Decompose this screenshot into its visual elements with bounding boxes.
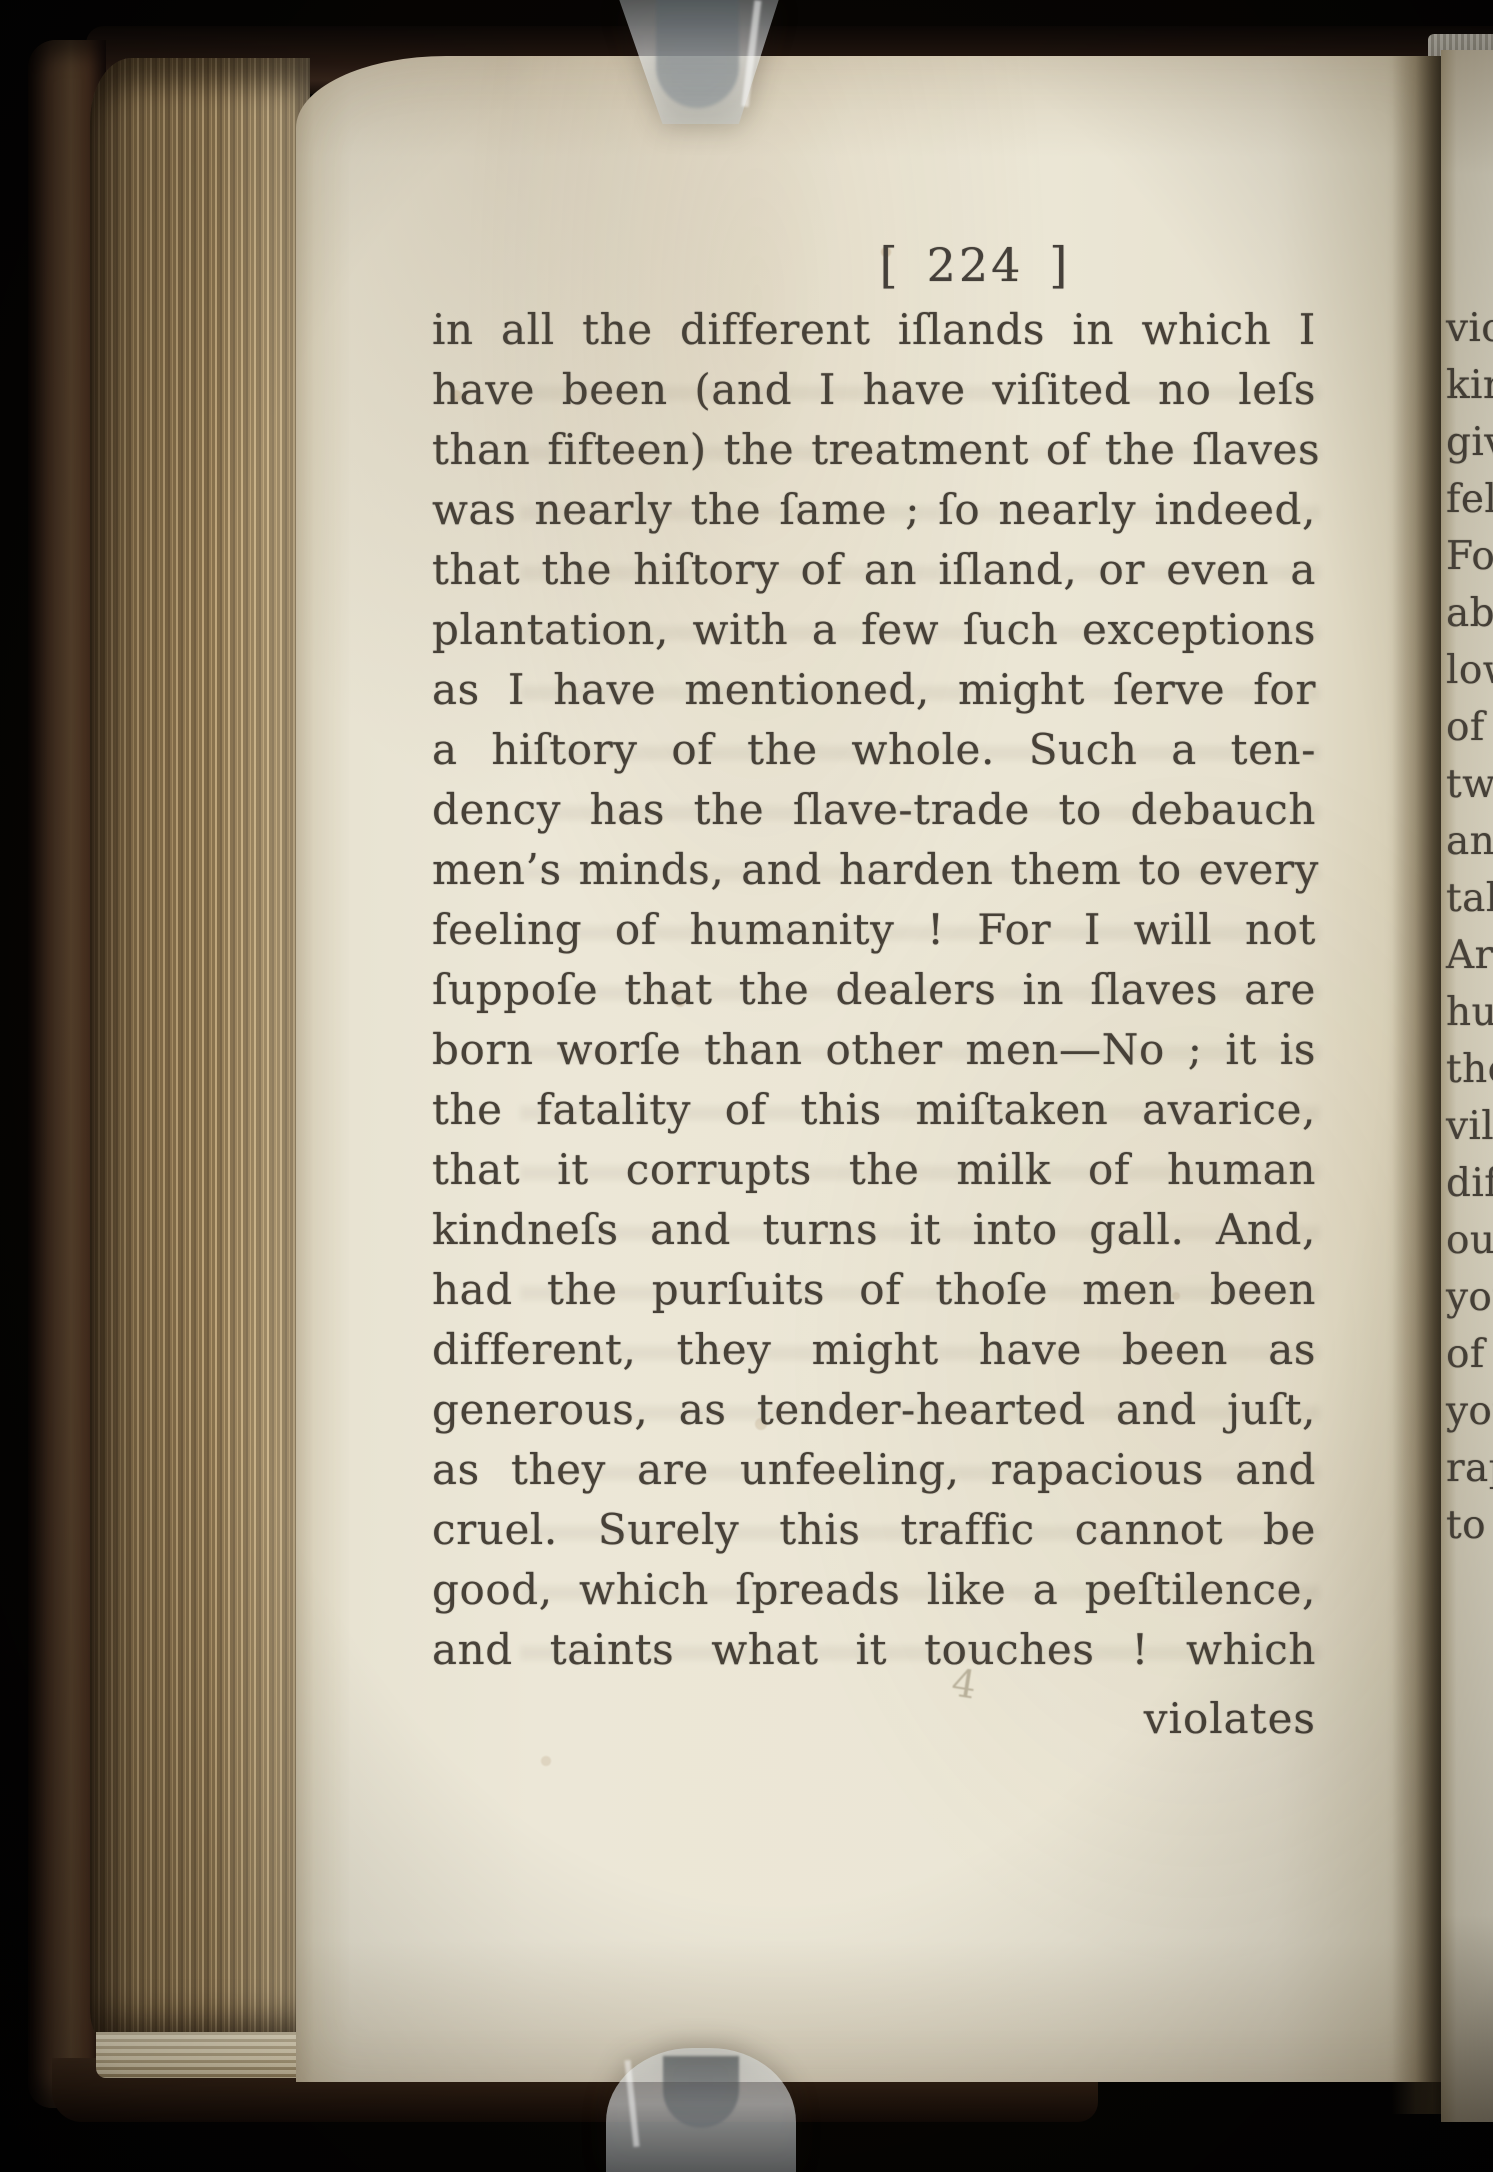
- sliver-text-line: above: [1446, 585, 1493, 642]
- text-line: and taints what it touches ! which: [432, 1620, 1316, 1680]
- text-line: than fifteen) the treatment of the ſlave…: [432, 420, 1316, 480]
- sliver-text-line: and er: [1446, 813, 1493, 870]
- sliver-text-line: taken i: [1446, 870, 1493, 927]
- sliver-text-line: kind,: [1446, 357, 1493, 414]
- gutter-shadow: [1392, 56, 1444, 2114]
- text-line: in all the different iſlands in which I: [432, 300, 1316, 360]
- sliver-lines: violakind,givesfellowFor itabovelow itof…: [1446, 300, 1493, 1554]
- body-lines: in all the different iſlands in which Ih…: [432, 300, 1316, 1680]
- sliver-text-line: humb: [1446, 984, 1493, 1041]
- text-line: ſuppoſe that the dealers in ſlaves are: [432, 960, 1316, 1020]
- text-line: had the purſuits of thoſe men been: [432, 1260, 1316, 1320]
- sliver-text-line: of hu: [1446, 699, 1493, 756]
- text-line: different, they might have been as: [432, 1320, 1316, 1380]
- text-line: was nearly the ſame ; ſo nearly indeed,: [432, 480, 1316, 540]
- text-line: men’s minds, and harden them to every: [432, 840, 1316, 900]
- sliver-text-line: to liv: [1446, 1497, 1493, 1554]
- text-line: good, which ſpreads like a peſtilence,: [432, 1560, 1316, 1620]
- sliver-text-line: they w: [1446, 1041, 1493, 1098]
- page-stack-fore-edge: [90, 58, 310, 2050]
- text-line: a hiſtory of the whole. Such a ten-: [432, 720, 1316, 780]
- plastic-page-holder-bottom: [606, 2048, 796, 2172]
- sliver-text-line: rapin: [1446, 1440, 1493, 1497]
- sliver-text-line: Are ſl: [1446, 927, 1493, 984]
- text-line: that the hiſtory of an iſland, or even a: [432, 540, 1316, 600]
- sliver-text-line: low it: [1446, 642, 1493, 699]
- sliver-text-line: out Br: [1446, 1212, 1493, 1269]
- book-photo: [224] in all the different iſlands in wh…: [0, 0, 1493, 2172]
- sliver-text-line: gives: [1446, 414, 1493, 471]
- sliver-text-line: fellow: [1446, 471, 1493, 528]
- sliver-text-line: of hal: [1446, 1326, 1493, 1383]
- text-line: feeling of humanity ! For I will not: [432, 900, 1316, 960]
- header-close-bracket: ]: [1049, 237, 1070, 294]
- clip-dark-slot: [663, 2056, 739, 2128]
- text-line: the fatality of this miſtaken avarice,: [432, 1080, 1316, 1140]
- text-line: have been (and I have viſited no leſs: [432, 360, 1316, 420]
- sliver-text-line: viola: [1446, 300, 1493, 357]
- sliver-text-line: tween: [1446, 756, 1493, 813]
- plastic-page-holder-top: [616, 0, 782, 124]
- text-line: as I have mentioned, might ſerve for: [432, 660, 1316, 720]
- text-line: that it corrupts the milk of human: [432, 1140, 1316, 1200]
- text-line: dency has the ſlave-trade to debauch: [432, 780, 1316, 840]
- text-line: cruel. Surely this traffic cannot be: [432, 1500, 1316, 1560]
- sliver-text-line: diffuſe: [1446, 1155, 1493, 1212]
- sliver-text-line: you m: [1446, 1269, 1493, 1326]
- clip-dark-slot: [656, 0, 739, 108]
- body-text: in all the different iſlands in which Ih…: [432, 300, 1316, 1749]
- sliver-text-line: your: [1446, 1383, 1493, 1440]
- text-line: kindneſs and turns it into gall. And,: [432, 1200, 1316, 1260]
- sliver-text-line: For it: [1446, 528, 1493, 585]
- page-number: 224: [927, 238, 1024, 292]
- next-page-text-fragments: violakind,givesfellowFor itabovelow itof…: [1446, 300, 1493, 1554]
- header-open-bracket: [: [880, 237, 901, 294]
- text-line: as they are unfeeling, rapacious and: [432, 1440, 1316, 1500]
- page-number-header: [224]: [560, 238, 1390, 292]
- text-line: plantation, with a few ſuch exceptions: [432, 600, 1316, 660]
- sliver-text-line: vilege.: [1446, 1098, 1493, 1155]
- text-line: born worſe than other men—No ; it is: [432, 1020, 1316, 1080]
- text-line: generous, as tender-hearted and juſt,: [432, 1380, 1316, 1440]
- catchword: violates: [432, 1689, 1316, 1749]
